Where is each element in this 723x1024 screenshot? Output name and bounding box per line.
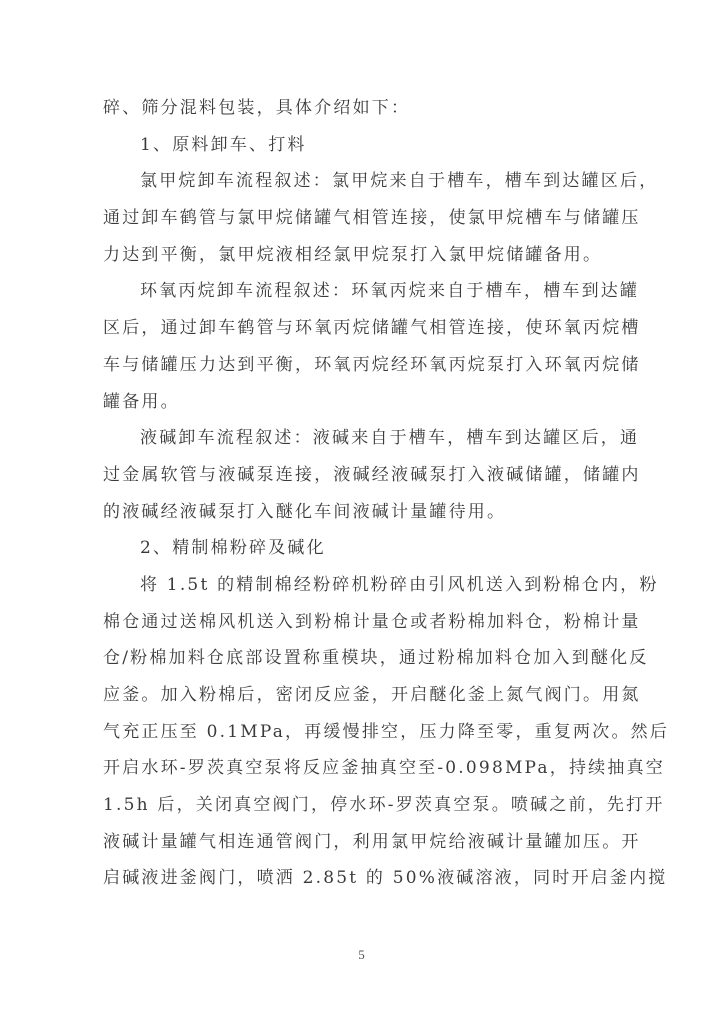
text-line: 通过卸车鹤管与氯甲烷储罐气相管连接，使氯甲烷槽车与储罐压 (103, 200, 619, 237)
text-line: 1.5h 后，关闭真空阀门，停水环-罗茨真空泵。喷碱之前，先打开 (103, 787, 619, 824)
text-line: 液碱卸车流程叙述：液碱来自于槽车，槽车到达罐区后，通 (103, 420, 619, 457)
text-line: 启碱液进釜阀门，喷洒 2.85t 的 50%液碱溶液，同时开启釜内搅 (103, 860, 619, 897)
text-line: 仓/粉棉加料仓底部设置称重模块，通过粉棉加料仓加入到醚化反 (103, 640, 619, 677)
text-line: 应釜。加入粉棉后，密闭反应釜，开启醚化釜上氮气阀门。用氮 (103, 677, 619, 714)
text-line: 液碱计量罐气相连通管阀门，利用氯甲烷给液碱计量罐加压。开 (103, 824, 619, 861)
text-line: 碎、筛分混料包装，具体介绍如下： (103, 90, 619, 127)
text-line: 开启水环-罗茨真空泵将反应釜抽真空至-0.098MPa，持续抽真空 (103, 750, 619, 787)
text-line: 罐备用。 (103, 384, 619, 421)
section-heading-2: 2、精制棉粉碎及碱化 (103, 530, 619, 567)
text-line: 力达到平衡，氯甲烷液相经氯甲烷泵打入氯甲烷储罐备用。 (103, 237, 619, 274)
text-line: 棉仓通过送棉风机送入到粉棉计量仓或者粉棉加料仓，粉棉计量 (103, 604, 619, 641)
text-line: 氯甲烷卸车流程叙述：氯甲烷来自于槽车，槽车到达罐区后， (103, 163, 619, 200)
text-line: 气充正压至 0.1MPa，再缓慢排空，压力降至零，重复两次。然后 (103, 714, 619, 751)
section-heading-1: 1、原料卸车、打料 (103, 127, 619, 164)
text-line: 将 1.5t 的精制棉经粉碎机粉碎由引风机送入到粉棉仓内，粉 (103, 567, 619, 604)
text-line: 过金属软管与液碱泵连接，液碱经液碱泵打入液碱储罐，储罐内 (103, 457, 619, 494)
text-line: 区后，通过卸车鹤管与环氧丙烷储罐气相管连接，使环氧丙烷槽 (103, 310, 619, 347)
page-number: 5 (0, 947, 723, 963)
text-line: 的液碱经液碱泵打入醚化车间液碱计量罐待用。 (103, 494, 619, 531)
document-body: 碎、筛分混料包装，具体介绍如下： 1、原料卸车、打料 氯甲烷卸车流程叙述：氯甲烷… (103, 90, 619, 897)
document-page: 碎、筛分混料包装，具体介绍如下： 1、原料卸车、打料 氯甲烷卸车流程叙述：氯甲烷… (0, 0, 723, 1024)
text-line: 车与储罐压力达到平衡，环氧丙烷经环氧丙烷泵打入环氧丙烷储 (103, 347, 619, 384)
text-line: 环氧丙烷卸车流程叙述：环氧丙烷来自于槽车，槽车到达罐 (103, 273, 619, 310)
